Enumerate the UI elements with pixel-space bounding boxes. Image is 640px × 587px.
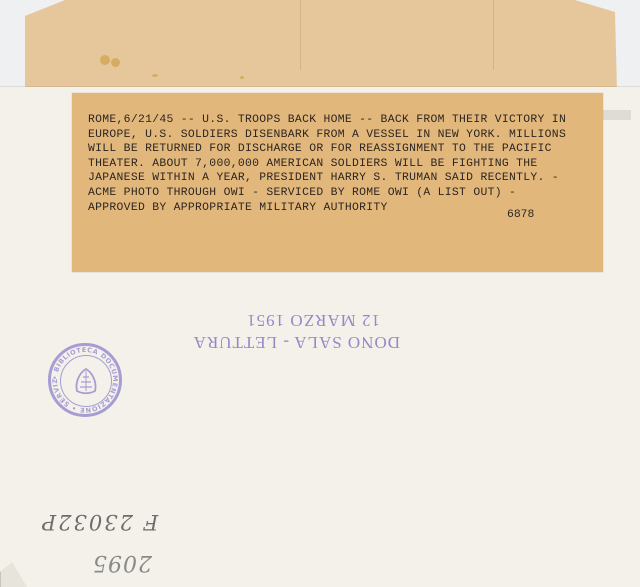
stain bbox=[152, 74, 158, 77]
smudge-mark bbox=[603, 110, 631, 120]
circular-seal-icon: • BIBLIOTECA DOCUMENTAZIONE • SERVIZIO I… bbox=[48, 343, 122, 417]
handwritten-number: 2095 bbox=[92, 550, 152, 575]
stamp-line-2: 12 MARZO 1951 bbox=[246, 310, 380, 330]
caption-text: ROME,6/21/45 -- U.S. TROOPS BACK HOME --… bbox=[88, 113, 588, 215]
seal-emblem-icon bbox=[73, 367, 99, 395]
envelope-crease bbox=[493, 0, 494, 70]
caption-line: EUROPE, U.S. SOLDIERS DISENBARK FROM A V… bbox=[88, 129, 566, 141]
caption-line: THEATER. ABOUT 7,000,000 AMERICAN SOLDIE… bbox=[88, 158, 538, 170]
handwritten-reference: F 23032P bbox=[40, 510, 158, 534]
caption-line: WILL BE RETURNED FOR DISCHARGE OR FOR RE… bbox=[88, 143, 552, 155]
caption-line: JAPANESE WITHIN A YEAR, PRESIDENT HARRY … bbox=[88, 172, 559, 184]
caption-line: ROME,6/21/45 -- U.S. TROOPS BACK HOME --… bbox=[88, 114, 566, 126]
stamp-line-1: DONO SALA - LETTURA bbox=[193, 332, 400, 352]
envelope-flap bbox=[25, 0, 617, 90]
stain bbox=[100, 55, 110, 65]
stain bbox=[240, 76, 244, 79]
caption-line: APPROVED BY APPROPRIATE MILITARY AUTHORI… bbox=[88, 202, 388, 214]
envelope-crease bbox=[300, 0, 301, 70]
caption-slip: ROME,6/21/45 -- U.S. TROOPS BACK HOME --… bbox=[72, 93, 603, 272]
donation-stamp: DONO SALA - LETTURA 12 MARZO 1951 bbox=[150, 296, 410, 354]
caption-line: ACME PHOTO THROUGH OWI - SERVICED BY ROM… bbox=[88, 187, 516, 199]
caption-number: 6878 bbox=[507, 209, 534, 221]
stain bbox=[111, 58, 120, 67]
